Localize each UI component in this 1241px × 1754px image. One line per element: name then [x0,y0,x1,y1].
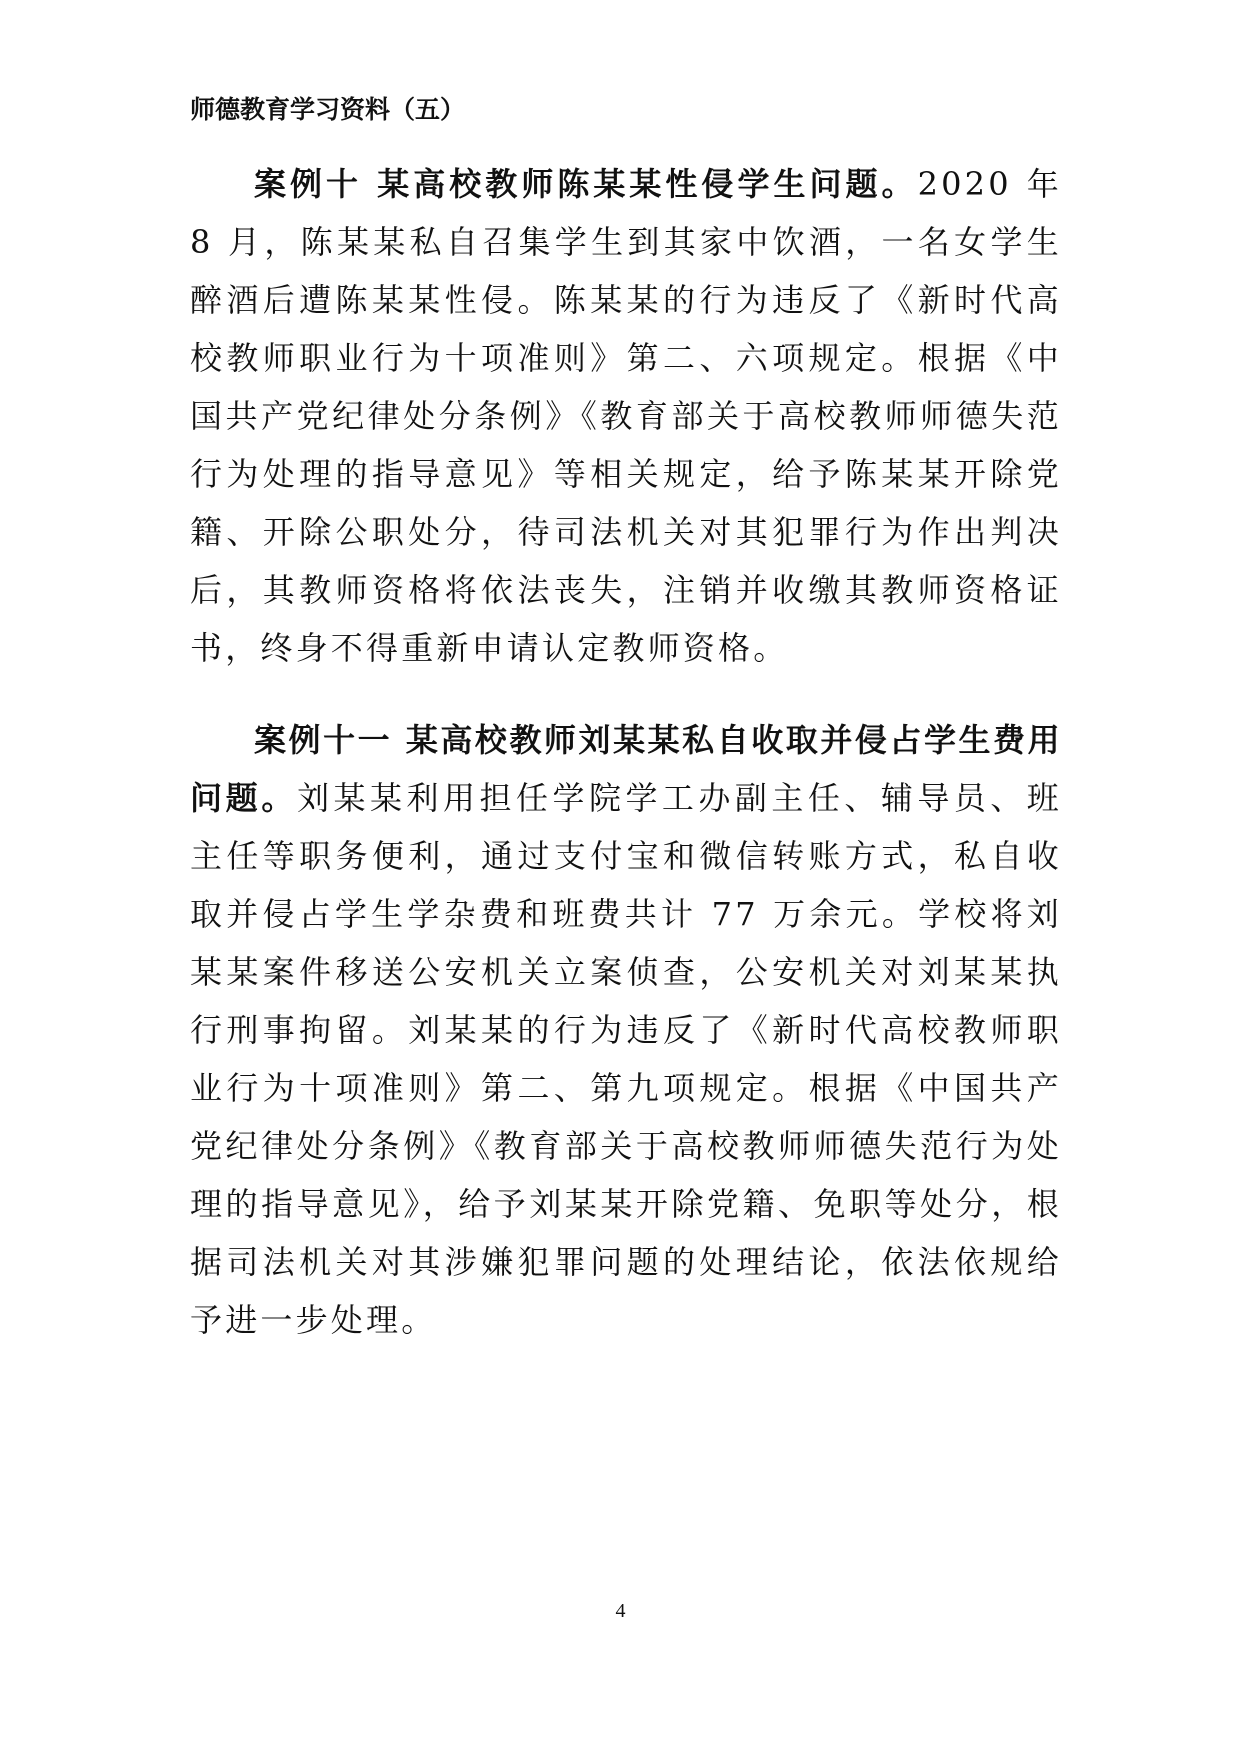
case-eleven-text: 刘某某利用担任学院学工办副主任、辅导员、班主任等职务便利，通过支付宝和微信转账方… [190,779,1062,1339]
case-ten-paragraph: 案例十 某高校教师陈某某性侵学生问题。2020 年 8 月，陈某某私自召集学生到… [190,155,1062,677]
case-ten-text: 2020 年 8 月，陈某某私自召集学生到其家中饮酒，一名女学生醉酒后遭陈某某性… [190,165,1062,667]
page-number: 4 [0,1600,1241,1623]
document-body: 案例十 某高校教师陈某某性侵学生问题。2020 年 8 月，陈某某私自召集学生到… [190,155,1062,1349]
document-header: 师德教育学习资料（五） [190,90,465,126]
case-ten-title: 案例十 某高校教师陈某某性侵学生问题。 [254,165,918,203]
case-eleven-paragraph: 案例十一 某高校教师刘某某私自收取并侵占学生费用问题。刘某某利用担任学院学工办副… [190,711,1062,1349]
